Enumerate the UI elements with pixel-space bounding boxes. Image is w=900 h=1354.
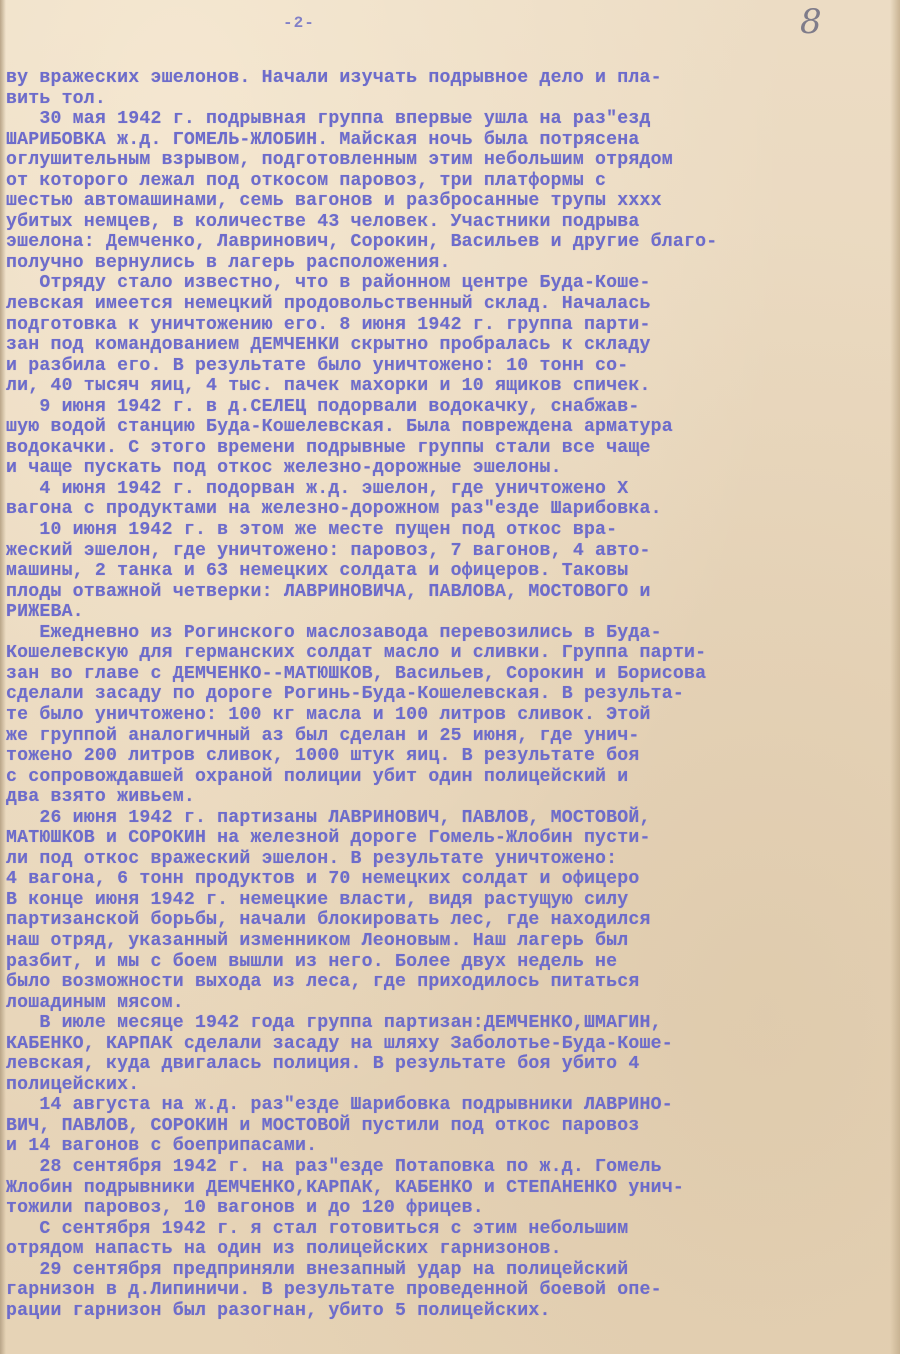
text-line: полицейских.	[6, 1075, 891, 1096]
text-line: тожено 200 литров сливок, 1000 штук яиц.…	[6, 746, 891, 767]
text-line: 30 мая 1942 г. подрывная группа впервые …	[6, 109, 891, 130]
text-line: от которого лежал под откосом паровоз, т…	[6, 171, 891, 192]
text-line: подготовка к уничтожению его. 8 июня 194…	[6, 315, 891, 336]
text-line: зан под командованием ДЕМЧЕНКИ скрытно п…	[6, 335, 891, 356]
text-line: 14 августа на ж.д. раз"езде Шарибовка по…	[6, 1095, 891, 1116]
text-line: ШАРИБОВКА ж.д. ГОМЕЛЬ-ЖЛОБИН. Майская но…	[6, 130, 891, 151]
text-line: водокачки. С этого времени подрывные гру…	[6, 438, 891, 459]
text-line: Жлобин подрывники ДЕМЧЕНКО,КАРПАК, КАБЕН…	[6, 1178, 891, 1199]
text-line: РИЖЕВА.	[6, 602, 891, 623]
text-line: 4 июня 1942 г. подорван ж.д. эшелон, где…	[6, 479, 891, 500]
text-line: те было уничтожено: 100 кг масла и 100 л…	[6, 705, 891, 726]
text-line: машины, 2 танка и 63 немецких солдата и …	[6, 561, 891, 582]
text-line: с сопровождавшей охраной полиции убит од…	[6, 767, 891, 788]
text-line: 28 сентября 1942 г. на раз"езде Потаповк…	[6, 1157, 891, 1178]
text-line: зан во главе с ДЕМЧЕНКО--МАТЮШКОВ, Васил…	[6, 664, 891, 685]
text-line: левская, куда двигалась полиция. В резул…	[6, 1054, 891, 1075]
text-line: и чаще пускать под откос железно-дорожны…	[6, 458, 891, 479]
text-line: вить тол.	[6, 89, 891, 110]
text-line: лошадиным мясом.	[6, 993, 891, 1014]
text-line: КАБЕНКО, КАРПАК сделали засаду на шляху …	[6, 1034, 891, 1055]
text-line: С сентября 1942 г. я стал готовиться с э…	[6, 1219, 891, 1240]
text-line: шую водой станцию Буда-Кошелевская. Была…	[6, 417, 891, 438]
document-body: ву вражеских эшелонов. Начали изучать по…	[6, 68, 891, 1321]
text-line: убитых немцев, в количестве 43 человек. …	[6, 212, 891, 233]
paper-edge-right	[890, 0, 900, 1354]
text-line: вагона с продуктами на железно-дорожном …	[6, 499, 891, 520]
text-line: ву вражеских эшелонов. Начали изучать по…	[6, 68, 891, 89]
text-line: ВИЧ, ПАВЛОВ, СОРОКИН и МОСТОВОЙ пустили …	[6, 1116, 891, 1137]
text-line: Отряду стало известно, что в районном це…	[6, 273, 891, 294]
text-line: МАТЮШКОВ и СОРОКИН на железной дороге Го…	[6, 828, 891, 849]
text-line: гарнизон в д.Липиничи. В результате пров…	[6, 1280, 891, 1301]
text-line: получно вернулись в лагерь расположения.	[6, 253, 891, 274]
text-line: ли, 40 тысяч яиц, 4 тыс. пачек махорки и…	[6, 376, 891, 397]
text-line: Кошелевскую для германских солдат масло …	[6, 643, 891, 664]
text-line: оглушительным взрывом, подготовленным эт…	[6, 150, 891, 171]
text-line: 10 июня 1942 г. в этом же месте пущен по…	[6, 520, 891, 541]
page-marker: -2-	[283, 14, 315, 32]
text-line: наш отряд, указанный изменником Леоновым…	[6, 931, 891, 952]
text-line: два взято живьем.	[6, 787, 891, 808]
text-line: и разбила его. В результате было уничтож…	[6, 356, 891, 377]
text-line: разбит, и мы с боем вышли из него. Более…	[6, 952, 891, 973]
text-line: ли под откос вражеский эшелон. В результ…	[6, 849, 891, 870]
text-line: же группой аналогичный аз был сделан и 2…	[6, 726, 891, 747]
text-line: и 14 вагонов с боеприпасами.	[6, 1136, 891, 1157]
text-line: 9 июня 1942 г. в д.СЕЛЕЦ подорвали водок…	[6, 397, 891, 418]
text-line: левская имеется немецкий продовольственн…	[6, 294, 891, 315]
text-line: 26 июня 1942 г. партизаны ЛАВРИНОВИЧ, ПА…	[6, 808, 891, 829]
text-line: рации гарнизон был разогнан, убито 5 пол…	[6, 1301, 891, 1322]
text-line: плоды отважной четверки: ЛАВРИНОВИЧА, ПА…	[6, 582, 891, 603]
folio-number: 8	[800, 2, 822, 42]
text-line: 29 сентября предприняли внезапный удар н…	[6, 1260, 891, 1281]
text-line: было возможности выхода из леса, где при…	[6, 972, 891, 993]
text-line: эшелона: Демченко, Лавринович, Сорокин, …	[6, 232, 891, 253]
text-line: 4 вагона, 6 тонн продуктов и 70 немецких…	[6, 869, 891, 890]
text-line: отрядом напасть на один из полицейских г…	[6, 1239, 891, 1260]
text-line: В июле месяце 1942 года группа партизан:…	[6, 1013, 891, 1034]
text-line: партизанской борьбы, начали блокировать …	[6, 910, 891, 931]
text-line: сделали засаду по дороге Рогинь-Буда-Кош…	[6, 684, 891, 705]
text-line: Ежедневно из Рогинского маслозавода пере…	[6, 623, 891, 644]
text-line: шестью автомашинами, семь вагонов и разб…	[6, 191, 891, 212]
text-line: В конце июня 1942 г. немецкие власти, ви…	[6, 890, 891, 911]
text-line: тожили паровоз, 10 вагонов и до 120 фриц…	[6, 1198, 891, 1219]
text-line: жеский эшелон, где уничтожено: паровоз, …	[6, 541, 891, 562]
